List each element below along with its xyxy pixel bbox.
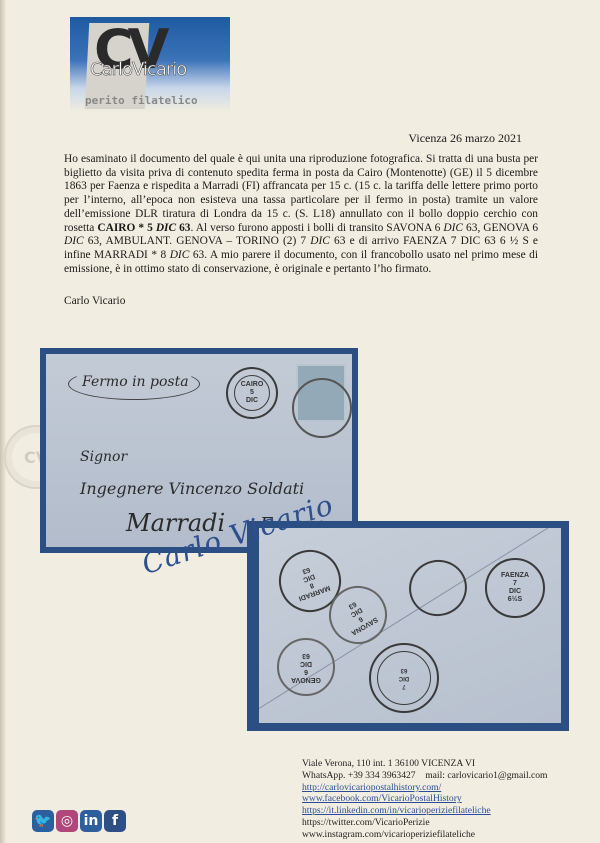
stamp-cancel-ring <box>292 378 352 438</box>
social-icons: 🐦 ◎ in f <box>32 810 126 832</box>
address-line-1: Signor <box>80 449 127 465</box>
body-text-run: DIC <box>310 235 330 247</box>
postmark-month: DIC <box>300 659 312 667</box>
page-edge <box>0 0 6 843</box>
logo-tagline: perito filatelico <box>85 94 198 107</box>
postmark-month: DIC <box>399 674 409 682</box>
logo-name: CarloVicario <box>90 59 186 80</box>
body-text-run: DIC <box>156 222 176 234</box>
postmark-year: 6½S <box>508 596 522 604</box>
body-text-run: 63, AMBULANT. GENOVA – TORINO (2) 7 <box>84 235 311 247</box>
body-text-run: 63, GENOVA 6 <box>463 222 538 234</box>
facebook-link[interactable]: www.facebook.com/VicarioPostalHistory <box>302 793 548 805</box>
instagram-icon[interactable]: ◎ <box>56 810 78 832</box>
address: Viale Verona, 110 int. 1 36100 VICENZA V… <box>302 758 548 770</box>
postmark-day: 6 <box>304 667 308 675</box>
postmark-month: DIC <box>509 588 521 596</box>
postmark-cairo: CAIRO 5 DIC <box>226 367 278 419</box>
contact-block: Viale Verona, 110 int. 1 36100 VICENZA V… <box>302 758 548 841</box>
postmark-year: 63 <box>302 651 310 659</box>
postmark-month: DIC <box>246 397 258 405</box>
postmark-day: 7 <box>402 682 405 690</box>
note-flourish <box>68 368 200 400</box>
address-line-2: Ingegnere Vincenzo Soldati <box>80 479 304 498</box>
signature-name: Carlo Vicario <box>64 295 125 307</box>
postmark-faenza: FAENZA 7 DIC 6½S <box>485 558 545 618</box>
facebook-icon[interactable]: f <box>104 810 126 832</box>
certificate-body: Ho esaminato il documento del quale è qu… <box>64 153 538 276</box>
postmark-city: CAIRO <box>241 381 264 389</box>
body-text-run: CAIRO * 5 <box>97 222 155 234</box>
postmark-year: 63 <box>401 666 408 674</box>
postmark-genova: GENOVA 6 DIC 63 <box>277 638 335 696</box>
twitter-link[interactable]: https://twitter.com/VicarioPerizie <box>302 817 548 829</box>
whatsapp-and-mail: WhatsApp. +39 334 3963427 mail: carlovic… <box>302 770 548 782</box>
postmark-day: 7 <box>513 580 517 588</box>
postmark-day: 8 <box>308 580 314 589</box>
postmark-city: FAENZA <box>501 572 529 580</box>
whatsapp: WhatsApp. +39 334 3963427 <box>302 770 416 781</box>
website-link[interactable]: http://carlovicariopostalhistory.com/ <box>302 782 548 794</box>
postmark-ambulante: 7 DIC 63 <box>369 643 439 713</box>
envelope-back-paper: MARRADI 8 DIC 63 SAVONA 6 DIC 63 GENOVA … <box>259 528 561 723</box>
body-text-run: 63 <box>176 222 190 234</box>
body-text-run: DIC <box>443 222 463 234</box>
twitter-icon[interactable]: 🐦 <box>32 810 54 832</box>
postmark-day: 6 <box>356 614 363 623</box>
logo: CV CarloVicario perito filatelico <box>70 17 230 112</box>
instagram-link[interactable]: www.instagram.com/vicarioperiziefilateli… <box>302 829 548 841</box>
postmark-city: GENOVA <box>291 675 321 683</box>
postmark-city: SAVONA <box>349 615 378 637</box>
body-text-run: . Al verso furono apposti i bolli di tra… <box>191 222 444 234</box>
body-text-run: DIC <box>170 249 190 261</box>
linkedin-icon[interactable]: in <box>80 810 102 832</box>
body-text-run: DIC <box>64 235 84 247</box>
linkedin-link[interactable]: https://it.linkedin.com/in/vicarioperizi… <box>302 805 548 817</box>
postmark-day: 5 <box>250 389 254 397</box>
envelope-back-photo: MARRADI 8 DIC 63 SAVONA 6 DIC 63 GENOVA … <box>247 521 569 731</box>
email[interactable]: mail: carlovicario1@gmail.com <box>425 770 547 781</box>
letter-date: Vicenza 26 marzo 2021 <box>408 131 522 146</box>
